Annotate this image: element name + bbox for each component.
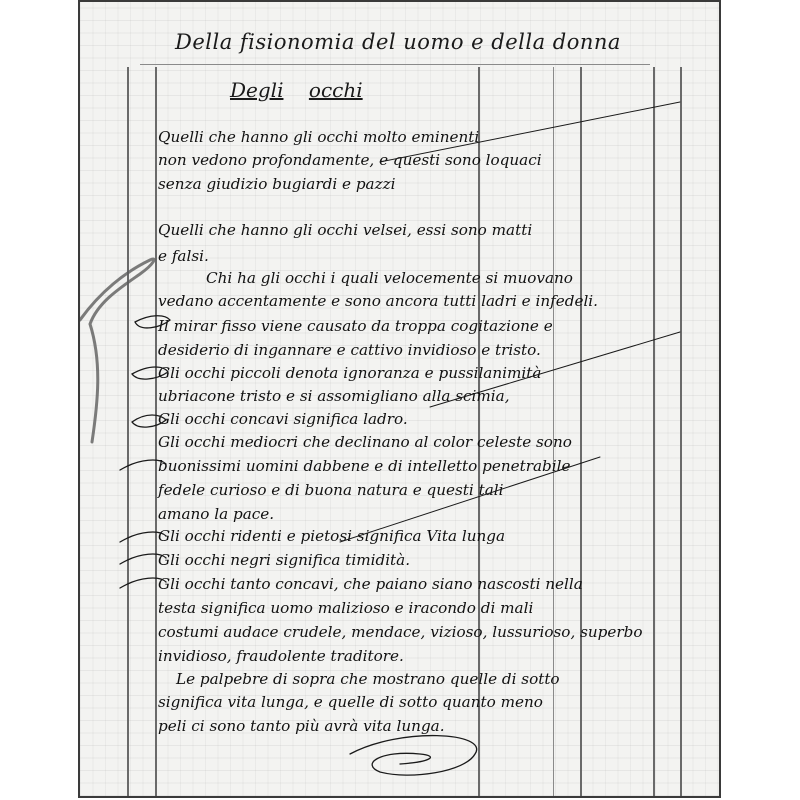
margin-line-left-1 (127, 67, 129, 796)
margin-line-right-2 (680, 67, 682, 796)
section-heading-word-2: occhi (309, 78, 363, 102)
header-rule (140, 64, 650, 65)
column-line-3 (580, 67, 582, 796)
section-heading: Degli occhi (230, 78, 363, 102)
manuscript-page: Della fisionomia del uomo e della donna … (78, 0, 721, 798)
margin-line-right-1 (653, 67, 655, 796)
section-heading-word-1: Degli (230, 78, 283, 102)
margin-line-left-2 (155, 67, 157, 796)
page-title: Della fisionomia del uomo e della donna (175, 30, 621, 54)
